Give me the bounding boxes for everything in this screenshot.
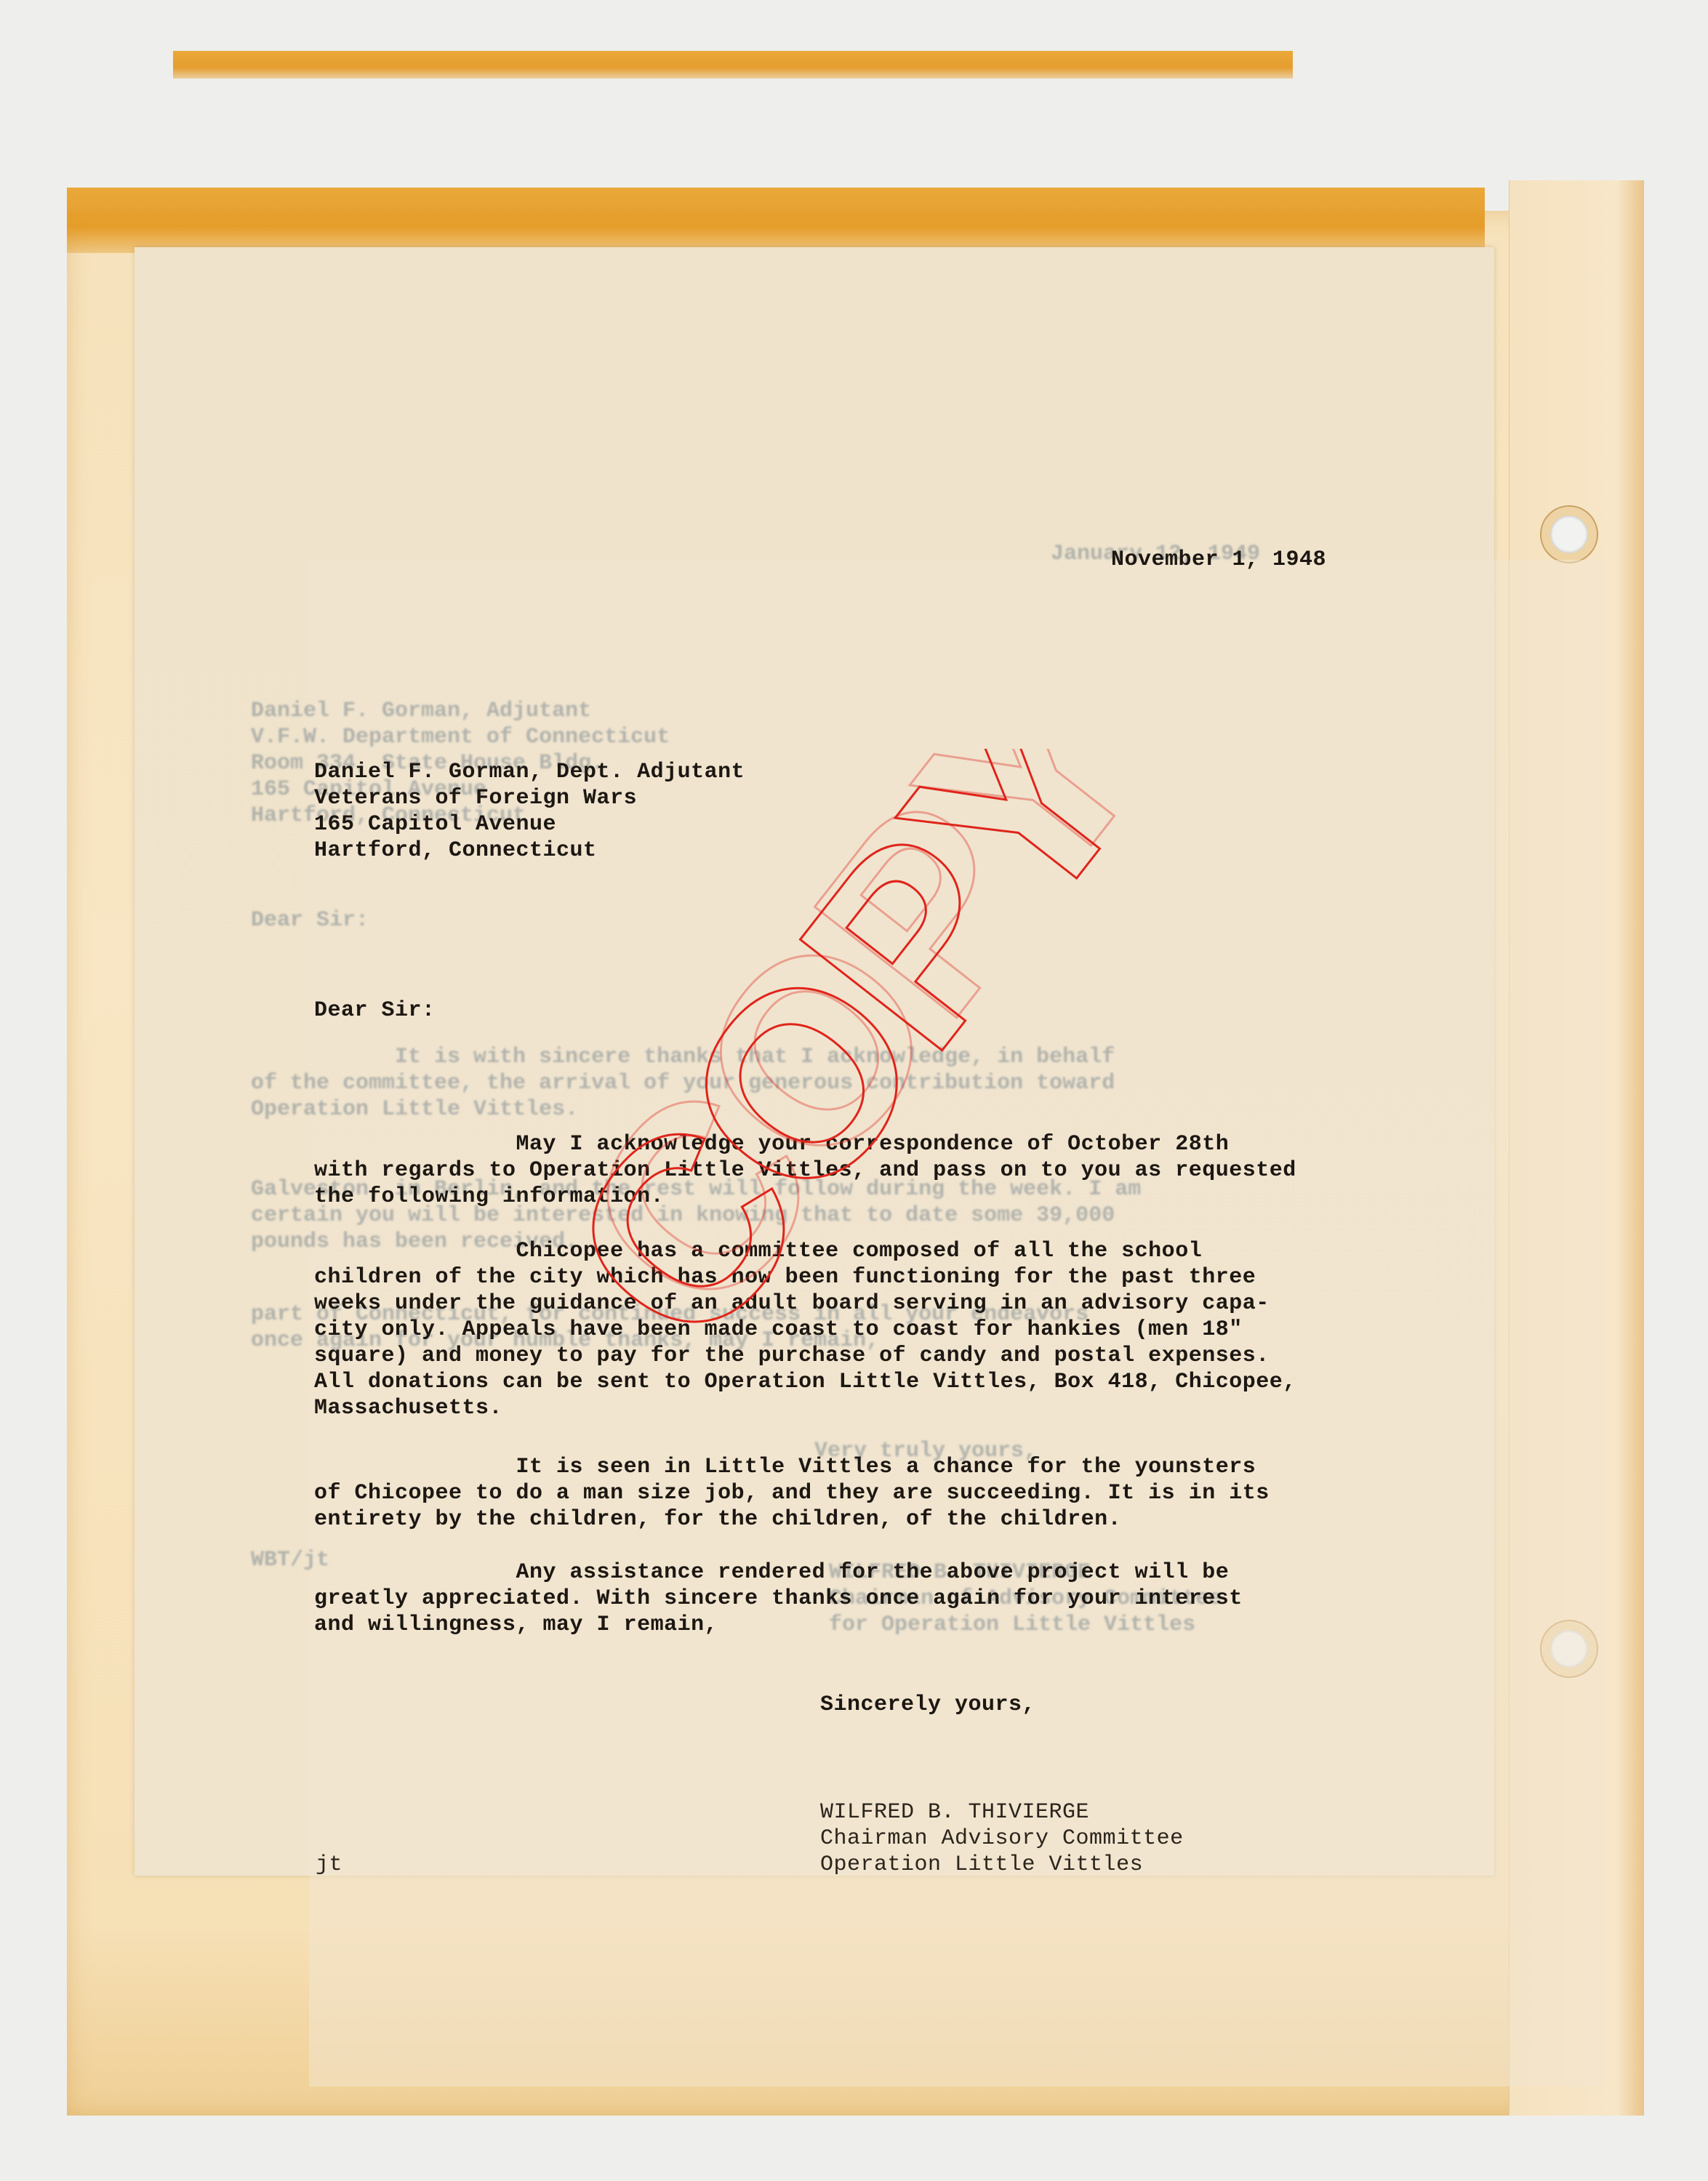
ghost-address-2: V.F.W. Department of Connecticut	[251, 724, 670, 750]
ghost-signature-3: for Operation Little Vittles	[829, 1612, 1195, 1638]
recipient-line-3: 165 Capitol Avenue	[314, 811, 556, 838]
binder-hole-top	[1541, 507, 1597, 562]
paragraph-line: and willingness, may I remain,	[314, 1612, 718, 1638]
tape-strip-top	[173, 51, 1293, 79]
paragraph-line: May I acknowledge your correspondence of…	[314, 1131, 1229, 1157]
ghost-body-3: Operation Little Vittles.	[251, 1096, 578, 1122]
paragraph-line: weeks under the guidance of an adult boa…	[314, 1290, 1270, 1317]
paragraph-line: Massachusetts.	[314, 1395, 502, 1421]
ghost-address-1: Daniel F. Gorman, Adjutant	[251, 698, 591, 724]
paragraph-line: children of the city which has now been …	[314, 1264, 1256, 1290]
signature-name: WILFRED B. THIVIERGE	[820, 1799, 1089, 1825]
paragraph-line: with regards to Operation Little Vittles…	[314, 1157, 1296, 1184]
salutation: Dear Sir:	[314, 997, 436, 1024]
signature-title: Chairman Advisory Committee	[820, 1825, 1184, 1852]
signature-organization: Operation Little Vittles	[820, 1852, 1143, 1878]
closing: Sincerely yours,	[820, 1692, 1035, 1718]
paragraph-line: city only. Appeals have been made coast …	[314, 1317, 1243, 1343]
ghost-body-1: It is with sincere thanks that I acknowl…	[251, 1044, 1115, 1070]
recipient-line-1: Daniel F. Gorman, Dept. Adjutant	[314, 759, 745, 785]
recipient-line-2: Veterans of Foreign Wars	[314, 785, 637, 811]
paragraph-line: Chicopee has a committee composed of all…	[314, 1238, 1202, 1264]
paragraph-line: of Chicopee to do a man size job, and th…	[314, 1480, 1270, 1506]
paragraph-line: square) and money to pay for the purchas…	[314, 1343, 1270, 1369]
typist-initials: jt	[316, 1852, 342, 1878]
tape-strip-sheet	[67, 188, 1485, 253]
paragraph-line: entirety by the children, for the childr…	[314, 1506, 1121, 1533]
paragraph-line: Any assistance rendered for the above pr…	[314, 1559, 1229, 1586]
ghost-body-2: of the committee, the arrival of your ge…	[251, 1070, 1115, 1096]
recipient-line-4: Hartford, Connecticut	[314, 838, 597, 864]
paragraph-line: the following information.	[314, 1184, 664, 1210]
letter-date: November 1, 1948	[1111, 547, 1326, 573]
paragraph-line: All donations can be sent to Operation L…	[314, 1369, 1296, 1395]
paragraph-line: greatly appreciated. With sincere thanks…	[314, 1586, 1243, 1612]
paragraph-line: It is seen in Little Vittles a chance fo…	[314, 1454, 1256, 1480]
ghost-salutation: Dear Sir:	[251, 907, 369, 933]
